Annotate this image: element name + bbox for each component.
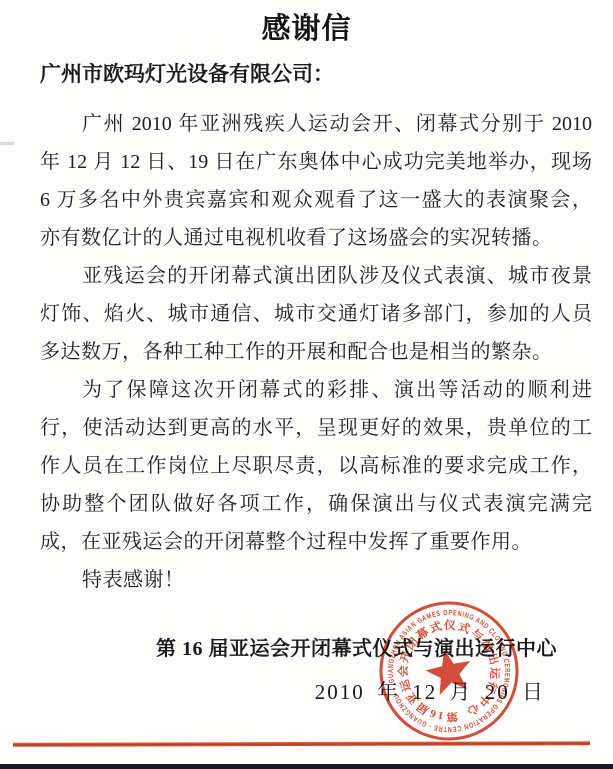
official-seal-stamp: GUANGZHOU ASIAN GAMES OPENING AND CLOSIN… [360,582,538,760]
body-line: 作人员在工作岗位上尽职尽责，以高标准的要求完成工作， [40,447,592,485]
body-line: 亦有数亿计的人通过电视机收看了这场盛会的实况转播。 [40,219,592,257]
body-line: 亚残运会的开闭幕式演出团队涉及仪式表演、城市夜景 [40,257,592,295]
body-line: 成，在亚残运会的开闭幕整个过程中发挥了重要作用。 [40,523,592,561]
body-line: 为了保障这次开闭幕式的彩排、演出等活动的顺利进 [40,371,592,409]
body-line: 多达数万，各种工种工作的开展和配合也是相当的繁杂。 [40,333,592,371]
footer-red-line [13,741,590,747]
body-line: 广州 2010 年亚洲残疾人运动会开、闭幕式分别于 2010 [40,105,592,143]
scan-edge-bar [0,764,613,769]
body-line: 协助整个团队做好各项工作，确保演出与仪式表演完满完 [40,485,592,523]
letter-body: 广州 2010 年亚洲残疾人运动会开、闭幕式分别于 2010 年 12 月 12… [40,105,592,599]
body-line: 灯饰、焰火、城市通信、城市交通灯诸多部门，参加的人员 [40,295,592,333]
letter-title: 感谢信 [0,6,613,47]
body-line: 年 12 月 12 日、19 日在广东奥体中心成功完美地举办，现场 [40,143,592,181]
scanned-letter-page: 感谢信 广州市欧玛灯光设备有限公司： 广州 2010 年亚洲残疾人运动会开、闭幕… [0,0,613,769]
stamp-graphic: GUANGZHOU ASIAN GAMES OPENING AND CLOSIN… [360,582,538,760]
body-line: 行，使活动达到更高的水平，呈现更好的效果，贵单位的工 [40,409,592,447]
letter-salutation: 广州市欧玛灯光设备有限公司： [40,58,334,88]
red-star-icon [422,645,476,697]
body-line: 6 万多名中外贵宾嘉宾和观众观看了这一盛大的表演聚会， [40,181,592,219]
scan-artifact [0,142,14,145]
